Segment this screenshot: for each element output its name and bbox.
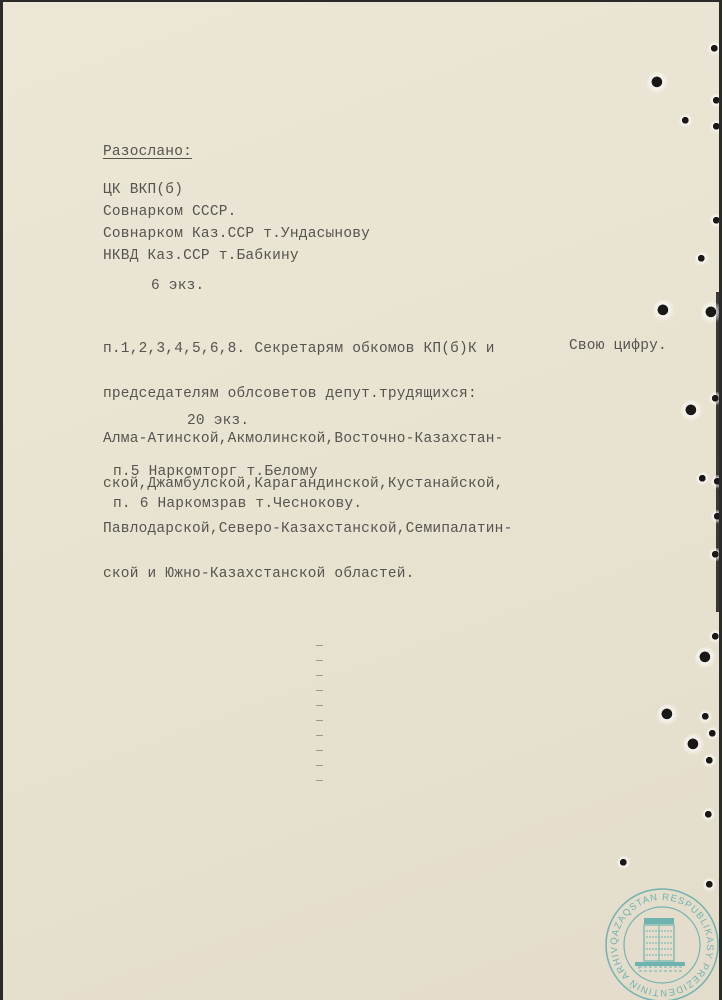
binding-hole [647, 72, 669, 94]
binding-hole [653, 300, 675, 322]
archive-stamp: QAZAQSTAN RESPUBLIKASY PREZIDENTINIŃ ARH… [603, 886, 719, 1000]
recipient-line: Совнарком СССР. [103, 204, 237, 220]
binding-hole [683, 734, 705, 756]
recipient-line: п.5 Наркомторг т.Белому [113, 464, 318, 480]
faint-mark [316, 675, 323, 676]
binding-hole [695, 252, 709, 266]
recipient-line: Совнарком Каз.ССР т.Ундасынову [103, 226, 370, 242]
copies-count: 6 экз. [151, 278, 204, 294]
binding-hole [617, 856, 631, 870]
binding-hole [709, 548, 719, 562]
binding-hole [701, 302, 719, 324]
archive-building-icon: QAZAQSTAN RESPUBLIKASY PREZIDENTINIŃ ARH… [603, 886, 719, 1000]
binding-hole [699, 710, 713, 724]
page-edge-shadow [716, 292, 719, 612]
paragraph-line: ской и Южно-Казахстанской областей. [103, 567, 512, 582]
recipient-line: ЦК ВКП(б) [103, 182, 183, 198]
binding-hole [679, 114, 693, 128]
faint-mark [316, 765, 323, 766]
binding-hole [696, 472, 710, 486]
binding-hole [711, 510, 719, 524]
binding-hole [703, 754, 717, 768]
binding-hole [706, 727, 719, 741]
recipient-line: НКВД Каз.ССР т.Бабкину [103, 248, 299, 264]
binding-hole [711, 475, 719, 489]
binding-hole [710, 214, 719, 228]
binding-hole [709, 630, 719, 644]
document-page: Разослано: ЦК ВКП(б) Совнарком СССР. Сов… [3, 2, 719, 1000]
paragraph-line: п.1,2,3,4,5,6,8. Секретарям обкомов КП(б… [103, 342, 512, 357]
faint-mark [316, 660, 323, 661]
paragraph-line: Алма-Атинской,Акмолинской,Восточно-Казах… [103, 432, 512, 447]
regional-secretaries-block: п.1,2,3,4,5,6,8. Секретарям обкомов КП(б… [103, 312, 512, 612]
binding-hole [681, 400, 703, 422]
faint-mark [316, 735, 323, 736]
recipient-line: п. 6 Наркомзрав т.Чеснокову. [113, 496, 362, 512]
faint-mark [316, 705, 323, 706]
paragraph-line: председателям облсоветов депут.трудящихс… [103, 387, 512, 402]
distribution-heading: Разослано: [103, 144, 192, 160]
faint-mark [316, 645, 323, 646]
binding-hole [708, 42, 719, 56]
side-note: Свою цифру. [569, 338, 667, 354]
binding-hole [695, 647, 717, 669]
copies-count: 20 экз. [187, 413, 249, 429]
faint-mark [316, 690, 323, 691]
paragraph-line: Павлодарской,Северо-Казахстанской,Семипа… [103, 522, 512, 537]
faint-mark [316, 780, 323, 781]
binding-hole [710, 94, 719, 108]
faint-mark [316, 750, 323, 751]
binding-hole [710, 120, 719, 134]
faint-mark [316, 720, 323, 721]
binding-hole [709, 392, 719, 406]
binding-hole [657, 704, 679, 726]
binding-hole [702, 808, 716, 822]
